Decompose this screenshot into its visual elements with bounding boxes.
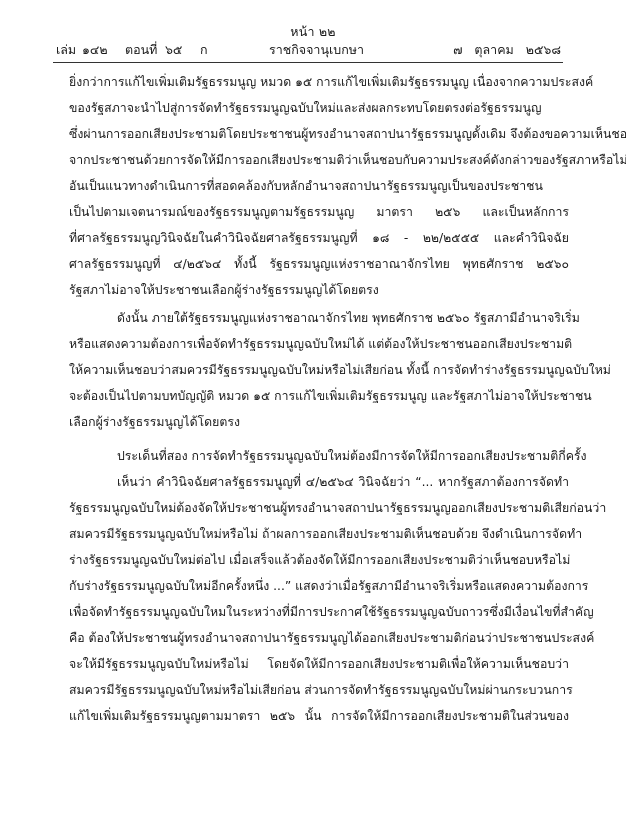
body-line: หรือแสดงความต้องการเพื่อจัดทำรัฐธรรมนูญฉ… <box>69 334 569 354</box>
body-line: เป็นไปตามเจตนารมณ์ของรัฐธรรมนูญตามรัฐธรร… <box>69 202 569 222</box>
section-letter: ก <box>200 40 208 60</box>
publication-title: ราชกิจจานุเบกษา <box>269 40 364 60</box>
volume-label: เล่ม <box>56 40 76 60</box>
body-line: กับร่างรัฐธรรมนูญฉบับใหม่อีกครั้งหนึ่ง .… <box>69 576 569 596</box>
body-line: ให้ความเห็นชอบว่าสมควรมีรัฐธรรมนูญฉบับให… <box>69 360 569 380</box>
issue-number: ๖๕ <box>165 40 182 60</box>
gazette-header: เล่ม ๑๔๒ ตอนที่ ๖๕ ก ราชกิจจานุเบกษา ๗ ต… <box>53 40 563 60</box>
body-line: ยิ่งกว่าการแก้ไขเพิ่มเติมรัฐธรรมนูญ หมวด… <box>69 72 569 92</box>
paragraph-start-line: ประเด็นที่สอง การจัดทำรัฐธรรมนูญฉบับใหม่… <box>117 446 569 466</box>
body-line: สมควรมีรัฐธรรมนูญฉบับใหม่หรือไม่ ถ้าผลกา… <box>69 524 569 544</box>
body-line: เพื่อจัดทำรัฐธรรมนูญฉบับใหมในระหว่างที่ม… <box>69 602 569 622</box>
body-line: ซึ่งผ่านการออกเสียงประชามติโดยประชาชนผู้… <box>69 124 569 144</box>
issue-label: ตอนที่ <box>125 40 157 60</box>
header-divider <box>53 62 563 63</box>
body-line: ของรัฐสภาจะนำไปสู่การจัดทำรัฐธรรมนูญฉบับ… <box>69 98 569 118</box>
body-line: จากประชาชนด้วยการจัดให้มีการออกเสียงประช… <box>69 150 569 170</box>
volume-number: ๑๔๒ <box>82 40 108 60</box>
page-number: หน้า ๒๒ <box>0 22 626 42</box>
body-line: ที่ศาลรัฐธรรมนูญวินิจฉัยในคำวินิจฉัยศาลร… <box>69 228 569 248</box>
body-line: ศาลรัฐธรรมนูญที่ ๔/๒๕๖๔ ทั้งนี้ รัฐธรรมน… <box>69 254 569 274</box>
paragraph-start-line: เห็นว่า คำวินิจฉัยศาลรัฐธรรมนูญที่ ๔/๒๕๖… <box>117 472 569 492</box>
body-line: สมควรมีรัฐธรรมนูญฉบับใหม่หรือไม่เสียก่อน… <box>69 680 569 700</box>
paragraph-start-line: ดังนั้น ภายใต้รัฐธรรมนูญแห่งราชอาณาจักรไ… <box>117 308 569 328</box>
body-line: คือ ต้องให้ประชาชนผู้ทรงอำนาจสถาปนารัฐธร… <box>69 628 569 648</box>
body-line: เลือกผู้ร่างรัฐธรรมนูญได้โดยตรง <box>69 412 569 432</box>
body-line: อันเป็นแนวทางดำเนินการที่สอดคล้องกับหลัก… <box>69 176 569 196</box>
body-line: จะต้องเป็นไปตามบทบัญญัติ หมวด ๑๕ การแก้ไ… <box>69 386 569 406</box>
body-line: รัฐธรรมนูญฉบับใหม่ต้องจัดให้ประชาชนผู้ทร… <box>69 498 569 518</box>
body-line: ร่างรัฐธรรมนูญฉบับใหม่ต่อไป เมื่อเสร็จแล… <box>69 550 569 570</box>
body-line: จะให้มีรัฐธรรมนูญฉบับใหม่หรือไม่ โดยจัดใ… <box>69 654 569 674</box>
body-line: แก้ไขเพิ่มเติมรัฐธรรมนูญตามมาตรา ๒๕๖ นั้… <box>69 706 569 726</box>
body-line: รัฐสภาไม่อาจให้ประชาชนเลือกผู้ร่างรัฐธรร… <box>69 280 569 300</box>
publication-date: ๗ ตุลาคม ๒๕๖๘ <box>453 40 561 60</box>
